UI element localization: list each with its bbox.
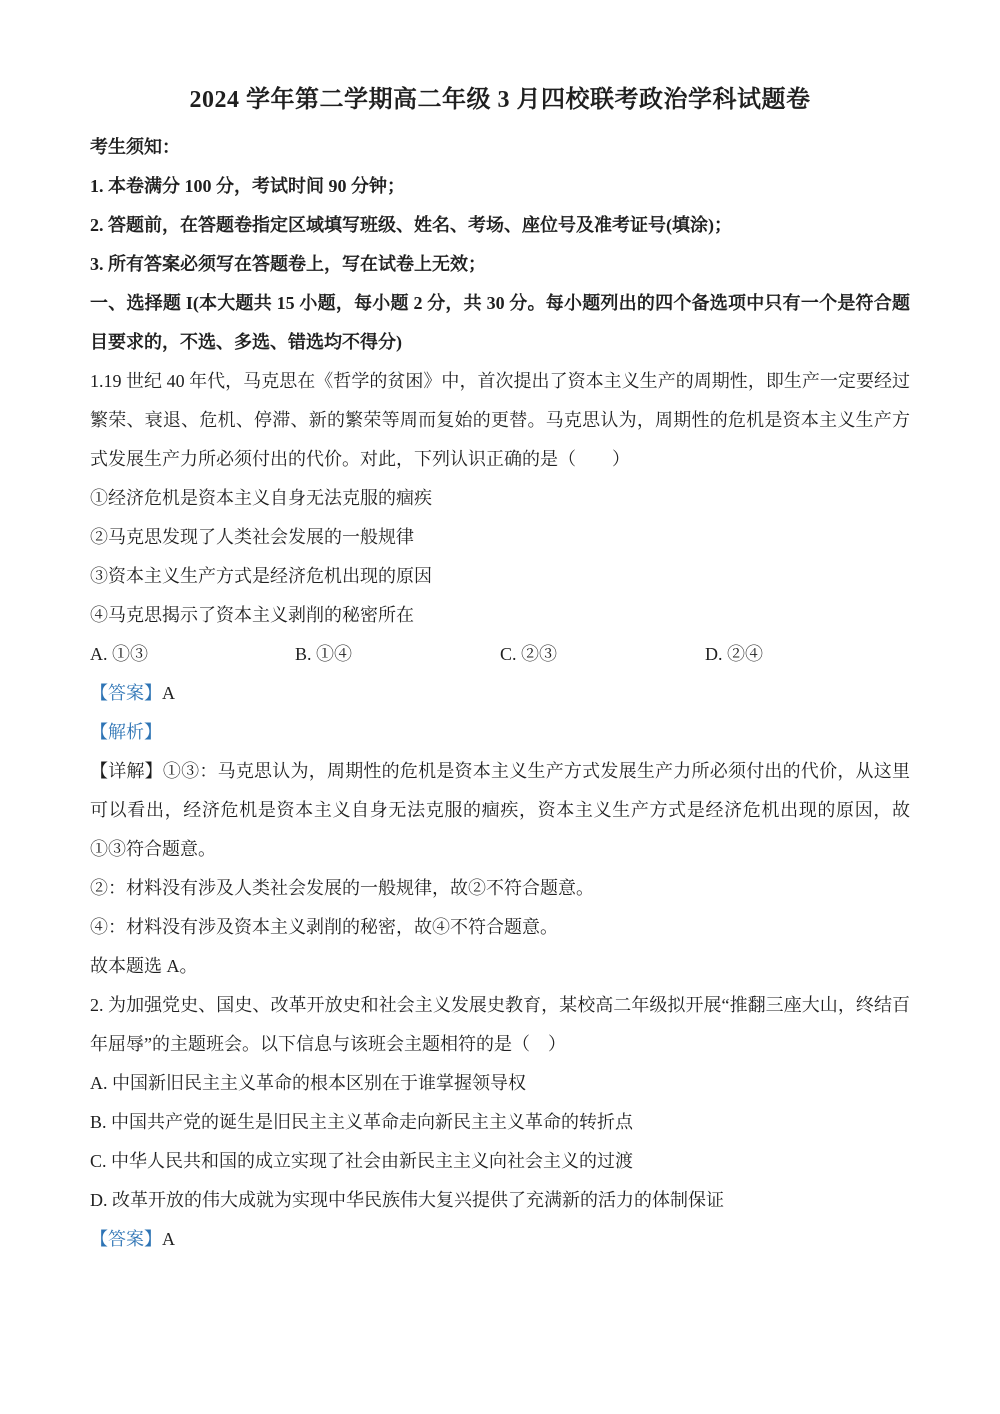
q2-answer-value: A	[162, 1229, 175, 1249]
notice-item-3: 3. 所有答案必须写在答题卷上，写在试卷上无效；	[90, 245, 910, 284]
q1-statement-1: ①经济危机是资本主义自身无法克服的痼疾	[90, 479, 910, 518]
q1-options-row: A. ①③ B. ①④ C. ②③ D. ②④	[90, 635, 910, 674]
q1-option-b: B. ①④	[295, 635, 500, 674]
q1-detail-label: 【详解】	[90, 761, 163, 781]
q2-option-a: A. 中国新旧民主主义革命的根本区别在于谁掌握领导权	[90, 1064, 910, 1103]
q2-answer-line: 【答案】A	[90, 1220, 910, 1259]
q1-statement-4: ④马克思揭示了资本主义剥削的秘密所在	[90, 596, 910, 635]
q1-detail-text: ①③：马克思认为，周期性的危机是资本主义生产方式发展生产力所必须付出的代价，从这…	[90, 761, 910, 859]
notice-item-2: 2. 答题前，在答题卷指定区域填写班级、姓名、考场、座位号及准考证号(填涂)；	[90, 206, 910, 245]
q1-option-a: A. ①③	[90, 635, 295, 674]
notice-heading: 考生须知：	[90, 128, 910, 167]
notice-item-1: 1. 本卷满分 100 分，考试时间 90 分钟；	[90, 167, 910, 206]
q1-answer-line: 【答案】A	[90, 674, 910, 713]
q1-statement-2: ②马克思发现了人类社会发展的一般规律	[90, 518, 910, 557]
q1-point-4: ④：材料没有涉及资本主义剥削的秘密，故④不符合题意。	[90, 908, 910, 947]
question-1: 1.19 世纪 40 年代，马克思在《哲学的贫困》中，首次提出了资本主义生产的周…	[90, 362, 910, 986]
section1-heading: 一、选择题 I(本大题共 15 小题，每小题 2 分，共 30 分。每小题列出的…	[90, 284, 910, 362]
exam-paper-page: 2024 学年第二学期高二年级 3 月四校联考政治学科试题卷 考生须知： 1. …	[0, 0, 1000, 1414]
q1-point-2: ②：材料没有涉及人类社会发展的一般规律，故②不符合题意。	[90, 869, 910, 908]
q2-answer-label: 【答案】	[90, 1229, 162, 1249]
q1-answer-value: A	[162, 683, 175, 703]
q1-conclusion: 故本题选 A。	[90, 947, 910, 986]
q2-option-c: C. 中华人民共和国的成立实现了社会由新民主主义向社会主义的过渡	[90, 1142, 910, 1181]
q2-option-d: D. 改革开放的伟大成就为实现中华民族伟大复兴提供了充满新的活力的体制保证	[90, 1181, 910, 1220]
q1-option-d: D. ②④	[705, 635, 910, 674]
q1-stem: 1.19 世纪 40 年代，马克思在《哲学的贫困》中，首次提出了资本主义生产的周…	[90, 362, 910, 479]
q1-statement-3: ③资本主义生产方式是经济危机出现的原因	[90, 557, 910, 596]
q1-analysis-line: 【解析】	[90, 713, 910, 752]
question-2: 2. 为加强党史、国史、改革开放史和社会主义发展史教育，某校高二年级拟开展“推翻…	[90, 986, 910, 1259]
q1-answer-label: 【答案】	[90, 683, 162, 703]
q2-stem: 2. 为加强党史、国史、改革开放史和社会主义发展史教育，某校高二年级拟开展“推翻…	[90, 986, 910, 1064]
q1-detail-paragraph: 【详解】①③：马克思认为，周期性的危机是资本主义生产方式发展生产力所必须付出的代…	[90, 752, 910, 869]
doc-title: 2024 学年第二学期高二年级 3 月四校联考政治学科试题卷	[90, 84, 910, 116]
q1-option-c: C. ②③	[500, 635, 705, 674]
q1-analysis-label: 【解析】	[90, 722, 162, 742]
q2-option-b: B. 中国共产党的诞生是旧民主主义革命走向新民主主义革命的转折点	[90, 1103, 910, 1142]
